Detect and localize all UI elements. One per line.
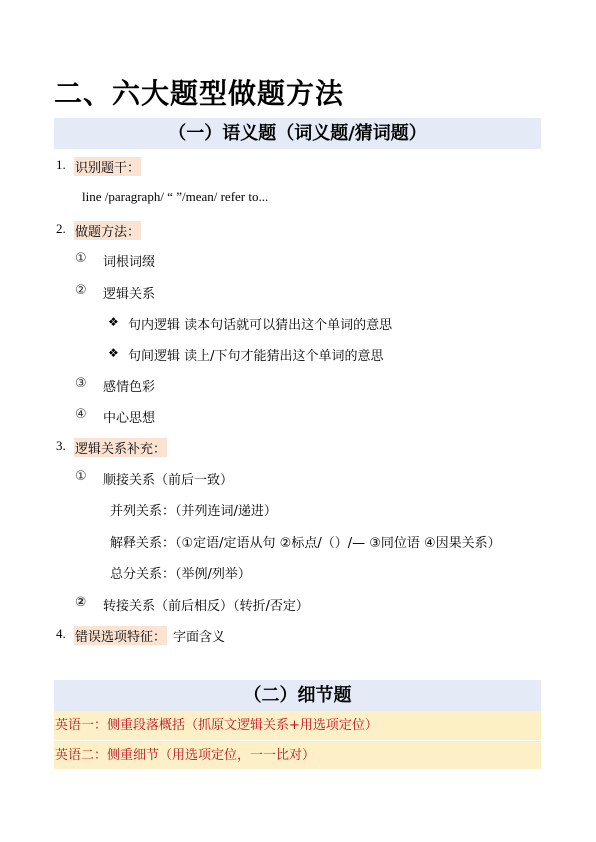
section1-heading: （一）语义题（词义题/猜词题） [54, 118, 541, 149]
section2-heading: （二）细节题 [54, 680, 541, 711]
item-number: 4. [56, 626, 66, 642]
bullet-item: 句间逻辑 读上/下句才能猜出这个单词的意思 [128, 345, 384, 364]
relation-subitem: 并列关系：（并列连词/递进） [110, 500, 277, 519]
relation-item: 顺接关系（前后一致） [103, 469, 233, 488]
item-label-wrong-option: 错误选项特征： [74, 626, 167, 645]
method-item: 词根词缀 [103, 251, 155, 270]
note-english-two: 英语二：侧重细节（用选项定位，一一比对） [54, 741, 541, 769]
diamond-bullet-icon: ❖ [108, 315, 119, 329]
circled-number-2-icon: ② [75, 283, 87, 298]
bullet-item: 句内逻辑 读本句话就可以猜出这个单词的意思 [128, 314, 392, 333]
circled-number-1-icon: ① [75, 251, 87, 266]
note-english-one: 英语一：侧重段落概括（抓原文逻辑关系+用选项定位） [54, 711, 541, 740]
circled-number-2-icon: ② [75, 595, 86, 610]
diamond-bullet-icon: ❖ [108, 346, 119, 360]
item-label-identify-stem: 识别题干： [74, 157, 141, 176]
relation-item: 转接关系（前后相反）（转折/否定） [103, 595, 309, 614]
method-item: 逻辑关系 [103, 283, 155, 302]
page-title: 二、六大题型做题方法 [54, 76, 344, 112]
method-item: 中心思想 [103, 407, 155, 426]
item-number: 1. [56, 157, 66, 173]
method-item: 感情色彩 [103, 376, 155, 395]
item-number: 3. [56, 438, 66, 454]
item-number: 2. [56, 221, 66, 237]
item-label-logic-supplement: 逻辑关系补充： [74, 438, 167, 457]
relation-subitem: 解释关系：（①定语/定语从句 ②标点/（）/— ③同位语 ④因果关系） [110, 532, 501, 551]
relation-subitem: 总分关系：（举例/列举） [110, 563, 251, 582]
stem-keywords: line /paragraph/ “ ”/mean/ refer to... [82, 189, 268, 205]
wrong-option-feature: 字面含义 [173, 626, 225, 645]
item-label-method: 做题方法： [74, 221, 141, 240]
circled-number-1-icon: ① [75, 469, 87, 484]
circled-number-4-icon: ④ [75, 407, 87, 422]
circled-number-3-icon: ③ [75, 376, 87, 391]
